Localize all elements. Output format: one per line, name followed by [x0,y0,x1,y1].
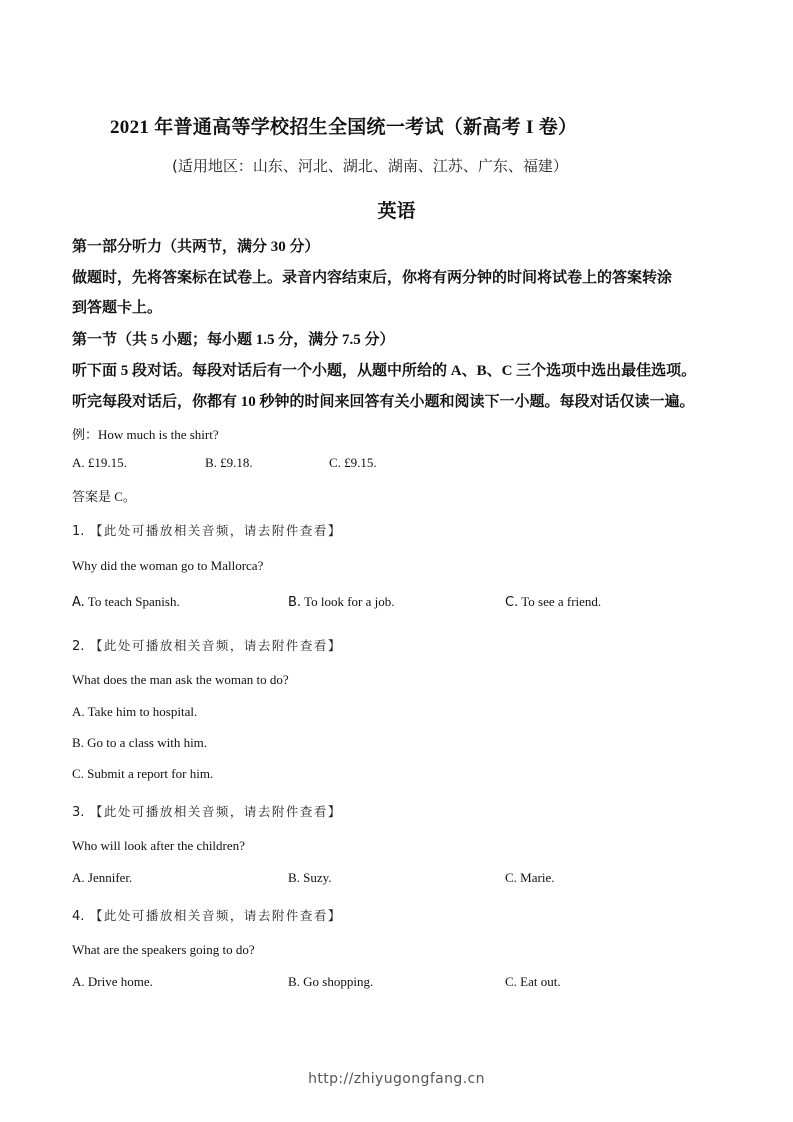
question-1-number: 1. [72,524,84,539]
subject-heading: 英语 [0,196,793,223]
part1-instruction-line1: 做题时，先将答案标在试卷上。录音内容结束后，你将有两分钟的时间将试卷上的答案转涂 [72,266,672,287]
question-3-option-c: C. Marie. [505,870,554,886]
section1-instruction-line1: 听下面 5 段对话。每段对话后有一个小题，从题中所给的 A、B、C 三个选项中选… [72,359,696,380]
question-2-audio-note[interactable]: 【此处可播放相关音频，请去附件查看】 [90,638,342,653]
exam-subtitle: (适用地区：山东、河北、湖北、湖南、江苏、广东、福建） [172,155,568,176]
question-3-header: 3. 【此处可播放相关音频，请去附件查看】 [72,802,342,820]
question-4-audio-note[interactable]: 【此处可播放相关音频，请去附件查看】 [90,908,342,923]
question-3-text: Who will look after the children? [72,838,245,854]
example-option-a: A. £19.15. [72,455,127,471]
question-1-option-a: A. To teach Spanish. [72,594,180,610]
example-answer: 答案是 C。 [72,486,136,505]
question-2-header: 2. 【此处可播放相关音频，请去附件查看】 [72,636,342,654]
example-option-b: B. £9.18. [205,455,253,471]
example-option-c: C. £9.15. [329,455,377,471]
question-1-header: 1. 【此处可播放相关音频，请去附件查看】 [72,521,342,539]
exam-title: 2021 年普通高等学校招生全国统一考试（新高考 I 卷） [110,112,577,139]
question-3-option-b: B. Suzy. [288,870,332,886]
question-4-header: 4. 【此处可播放相关音频，请去附件查看】 [72,906,342,924]
example-question: 例：How much is the shirt? [72,424,219,443]
question-4-option-a: A. Drive home. [72,974,153,990]
question-3-audio-note[interactable]: 【此处可播放相关音频，请去附件查看】 [90,804,342,819]
question-4-option-c: C. Eat out. [505,974,561,990]
question-2-option-a: A. Take him to hospital. [72,704,197,720]
section1-heading: 第一节（共 5 小题；每小题 1.5 分，满分 7.5 分） [72,328,395,349]
question-4-option-b: B. Go shopping. [288,974,373,990]
question-1-option-c: C. To see a friend. [505,594,601,610]
question-3-option-a: A. Jennifer. [72,870,132,886]
question-4-text: What are the speakers going to do? [72,942,255,958]
question-1-text: Why did the woman go to Mallorca? [72,558,263,574]
part1-heading: 第一部分听力（共两节，满分 30 分） [72,235,320,256]
footer-url[interactable]: http://zhiyugongfang.cn [0,1071,793,1087]
question-2-number: 2. [72,639,84,654]
question-4-number: 4. [72,909,84,924]
question-3-number: 3. [72,805,84,820]
question-2-option-b: B. Go to a class with him. [72,735,207,751]
question-1-audio-note[interactable]: 【此处可播放相关音频，请去附件查看】 [90,523,342,538]
question-1-option-b: B. To look for a job. [288,594,395,610]
question-2-option-c: C. Submit a report for him. [72,766,213,782]
section1-instruction-line2: 听完每段对话后，你都有 10 秒钟的时间来回答有关小题和阅读下一小题。每段对话仅… [72,390,695,411]
question-2-text: What does the man ask the woman to do? [72,672,289,688]
part1-instruction-line2: 到答题卡上。 [72,296,162,317]
